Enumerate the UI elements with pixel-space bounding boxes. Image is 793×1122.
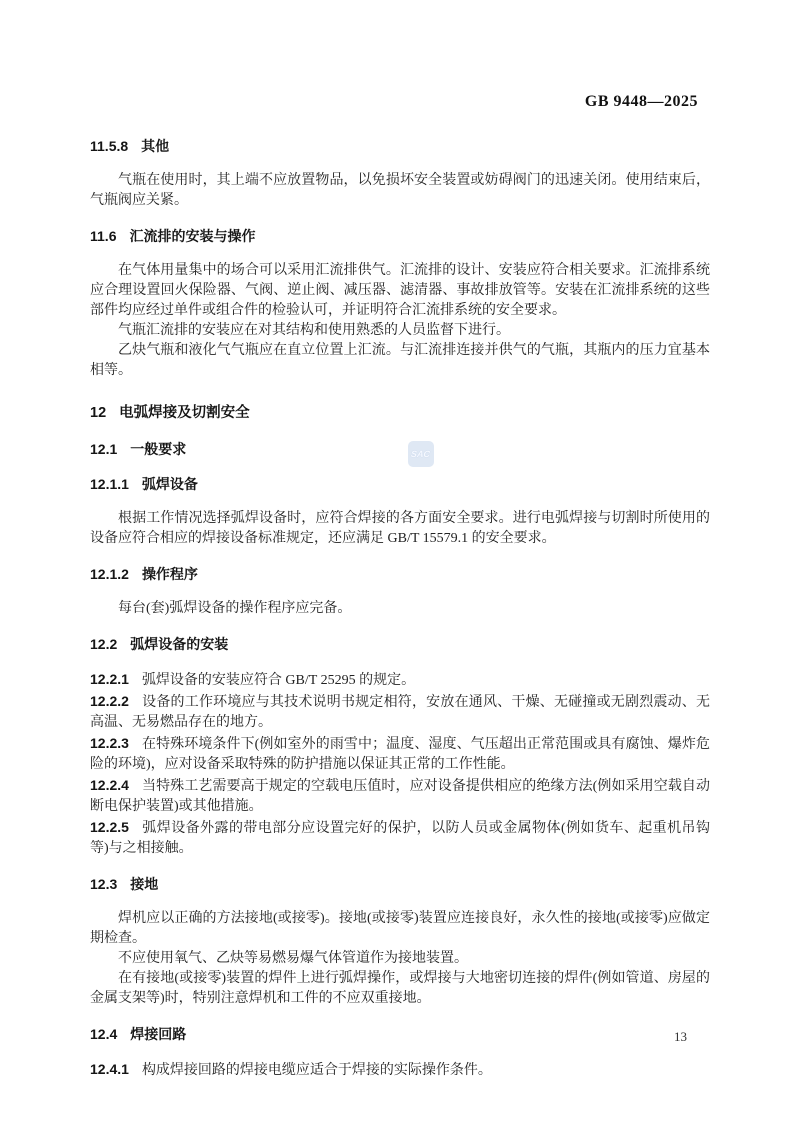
chapter-heading-12: 12电弧焊接及切割安全 — [90, 403, 710, 423]
clause-number: 12.1.2 — [90, 566, 129, 582]
clause-heading-11-6: 11.6汇流排的安装与操作 — [90, 226, 710, 246]
clause-heading-12-2: 12.2弧焊设备的安装 — [90, 634, 710, 654]
clause-title: 一般要求 — [130, 441, 186, 457]
clause-number: 12.2.4 — [90, 777, 129, 793]
paragraph: 每台(套)弧焊设备的操作程序应完备。 — [90, 599, 710, 619]
clause-text: 构成焊接回路的焊接电缆应适合于焊接的实际操作条件。 — [142, 1063, 492, 1078]
clause-number: 12.3 — [90, 876, 117, 892]
document-page: GB 9448—2025 SAC 11.5.8其他 气瓶在使用时，其上端不应放置… — [0, 0, 793, 1122]
numbered-clause-12-2-4: 12.2.4当特殊工艺需要高于规定的空载电压值时，应对设备提供相应的绝缘方法(例… — [90, 775, 710, 817]
clause-number: 12.2 — [90, 636, 117, 652]
clause-heading-12-4: 12.4焊接回路 — [90, 1024, 710, 1044]
clause-title: 弧焊设备 — [142, 476, 198, 492]
paragraph: 在气体用量集中的场合可以采用汇流排供气。汇流排的设计、安装应符合相关要求。汇流排… — [90, 261, 710, 321]
clause-number: 12.1 — [90, 441, 117, 457]
clause-heading-11-5-8: 11.5.8其他 — [90, 136, 710, 156]
clause-number: 12.2.5 — [90, 819, 129, 835]
clause-title: 操作程序 — [142, 566, 198, 582]
paragraph: 焊机应以正确的方法接地(或接零)。接地(或接零)装置应连接良好，永久性的接地(或… — [90, 909, 710, 949]
numbered-clause-12-4-1: 12.4.1构成焊接回路的焊接电缆应适合于焊接的实际操作条件。 — [90, 1059, 710, 1081]
clause-number: 12.1.1 — [90, 476, 129, 492]
clause-heading-12-3: 12.3接地 — [90, 874, 710, 894]
paragraph: 气瓶汇流排的安装应在对其结构和使用熟悉的人员监督下进行。 — [90, 321, 710, 341]
numbered-clause-12-2-2: 12.2.2设备的工作环境应与其技术说明书规定相符，安放在通风、干燥、无碰撞或无… — [90, 691, 710, 733]
clause-title: 其他 — [141, 138, 169, 154]
clause-title: 接地 — [130, 876, 158, 892]
clause-title: 弧焊设备的安装 — [130, 636, 228, 652]
clause-title: 焊接回路 — [130, 1026, 186, 1042]
clause-number: 12.2.2 — [90, 693, 129, 709]
clause-number: 12.2.3 — [90, 735, 129, 751]
clause-text: 当特殊工艺需要高于规定的空载电压值时，应对设备提供相应的绝缘方法(例如采用空载自… — [90, 779, 710, 814]
paragraph: 在有接地(或接零)装置的焊件上进行弧焊操作，或焊接与大地密切连接的焊件(例如管道… — [90, 969, 710, 1009]
clause-text: 在特殊环境条件下(例如室外的雨雪中；温度、湿度、气压超出正常范围或具有腐蚀、爆炸… — [90, 737, 710, 772]
numbered-clause-12-2-1: 12.2.1弧焊设备的安装应符合 GB/T 25295 的规定。 — [90, 669, 710, 691]
chapter-number: 12 — [90, 405, 106, 421]
paragraph: 乙炔气瓶和液化气气瓶应在直立位置上汇流。与汇流排连接并供气的气瓶，其瓶内的压力宜… — [90, 341, 710, 381]
clause-number: 11.5.8 — [90, 138, 128, 154]
numbered-clause-12-2-5: 12.2.5弧焊设备外露的带电部分应设置完好的保护，以防人员或金属物体(例如货车… — [90, 817, 710, 859]
clause-title: 汇流排的安装与操作 — [129, 228, 255, 244]
clause-text: 弧焊设备的安装应符合 GB/T 25295 的规定。 — [142, 673, 415, 688]
clause-number: 12.4 — [90, 1026, 117, 1042]
clause-heading-12-1-2: 12.1.2操作程序 — [90, 564, 710, 584]
numbered-clause-12-2-3: 12.2.3在特殊环境条件下(例如室外的雨雪中；温度、湿度、气压超出正常范围或具… — [90, 733, 710, 775]
clause-number: 11.6 — [90, 228, 116, 244]
clause-text: 弧焊设备外露的带电部分应设置完好的保护，以防人员或金属物体(例如货车、起重机吊钩… — [90, 821, 710, 856]
clause-heading-12-1: 12.1一般要求 — [90, 439, 710, 459]
page-content: 11.5.8其他 气瓶在使用时，其上端不应放置物品，以免损坏安全装置或妨碍阀门的… — [90, 0, 710, 1081]
chapter-title: 电弧焊接及切割安全 — [119, 405, 250, 421]
clause-number: 12.2.1 — [90, 671, 129, 687]
paragraph: 气瓶在使用时，其上端不应放置物品，以免损坏安全装置或妨碍阀门的迅速关闭。使用结束… — [90, 171, 710, 211]
page-number: 13 — [674, 1029, 687, 1045]
paragraph: 根据工作情况选择弧焊设备时，应符合焊接的各方面安全要求。进行电弧焊接与切割时所使… — [90, 509, 710, 549]
clause-number: 12.4.1 — [90, 1061, 129, 1077]
clause-text: 设备的工作环境应与其技术说明书规定相符，安放在通风、干燥、无碰撞或无剧烈震动、无… — [90, 695, 710, 730]
paragraph: 不应使用氧气、乙炔等易燃易爆气体管道作为接地装置。 — [90, 949, 710, 969]
clause-heading-12-1-1: 12.1.1弧焊设备 — [90, 474, 710, 494]
